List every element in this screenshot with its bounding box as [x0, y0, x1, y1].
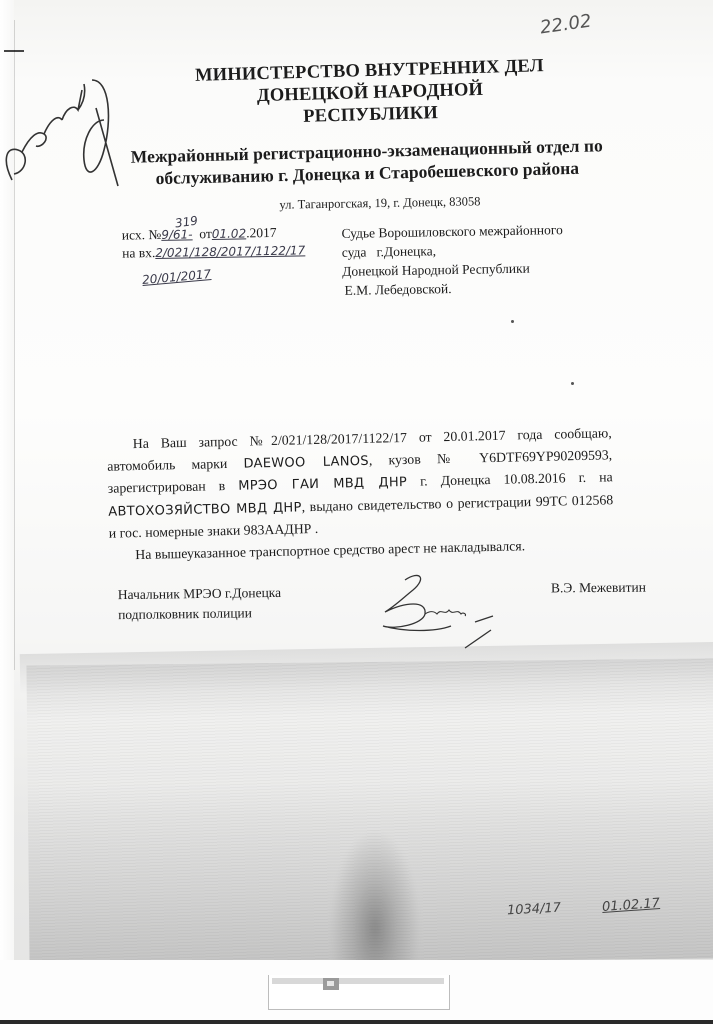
- ministry-header: МИНИСТЕРСТВО ВНУТРЕННИХ ДЕЛ ДОНЕЦКОЙ НАР…: [189, 55, 551, 131]
- registration-stamp-number: 1034/17: [507, 901, 562, 919]
- outgoing-date: 01.02: [212, 226, 247, 241]
- reference-block: исх. №9/61- от01.02.2017 на вх.2/021/128…: [122, 223, 306, 262]
- speck: [511, 320, 514, 323]
- handwritten-corner-note: 22.02: [539, 11, 593, 39]
- outgoing-year: .2017: [246, 225, 277, 241]
- addressee-line-4: Е.М. Лебедовской.: [342, 277, 564, 300]
- incoming-label: на вх.: [122, 245, 155, 261]
- addressee-block: Судье Ворошиловского межрайонного суда г…: [341, 220, 564, 300]
- scanned-document-page: 22.02 МИНИСТЕРСТВО ВНУТРЕННИХ ДЕЛ ДОНЕЦК…: [0, 0, 713, 1024]
- outgoing-number: 9/61-: [161, 227, 193, 242]
- handwritten-resolution-icon: [0, 50, 130, 190]
- incoming-number: 2/021/128/2017/1122/17: [155, 243, 305, 260]
- scanner-marker-bar: [272, 978, 444, 984]
- scanner-marker-icon: [323, 978, 339, 990]
- body-paragraph-1: На Ваш запрос №2/021/128/2017/1122/17 от…: [107, 422, 614, 544]
- page-bottom-edge: [0, 1020, 713, 1024]
- department-header: Межрайонный регистрационно-экзаменационн…: [112, 134, 623, 190]
- toner-blotch: [330, 830, 420, 970]
- signature-icon: [365, 570, 505, 650]
- vehicle-owner: АВТОХОЗЯЙСТВО МВД ДНР: [108, 500, 302, 519]
- letter-body: На Ваш запрос №2/021/128/2017/1122/17 от…: [107, 422, 615, 565]
- body-text-segment: г. Донецка 10.08.2016 г. на: [407, 469, 613, 489]
- signatory-name: В.Э. Межевитин: [551, 580, 646, 597]
- registration-office: МРЭО ГАИ МВД ДНР: [238, 475, 407, 494]
- signatory-position: Начальник МРЭО г.Донецка подполковник по…: [118, 583, 282, 625]
- incoming-date: 20/01/2017: [142, 267, 212, 287]
- incoming-reference: на вх.2/021/128/2017/1122/17: [122, 241, 305, 262]
- office-address: ул. Таганрогская, 19, г. Донецк, 83058: [240, 194, 520, 214]
- speck: [571, 382, 574, 385]
- addressee-line-1: Судье Ворошиловского межрайонного: [341, 220, 563, 243]
- vehicle-brand: DAEWOO LANOS: [243, 453, 369, 471]
- outgoing-date-label: от: [199, 226, 212, 241]
- outgoing-label: исх. №: [122, 227, 162, 243]
- signatory-position-line-2: подполковник полиции: [118, 603, 281, 625]
- signatory-position-line-1: Начальник МРЭО г.Донецка: [118, 583, 281, 605]
